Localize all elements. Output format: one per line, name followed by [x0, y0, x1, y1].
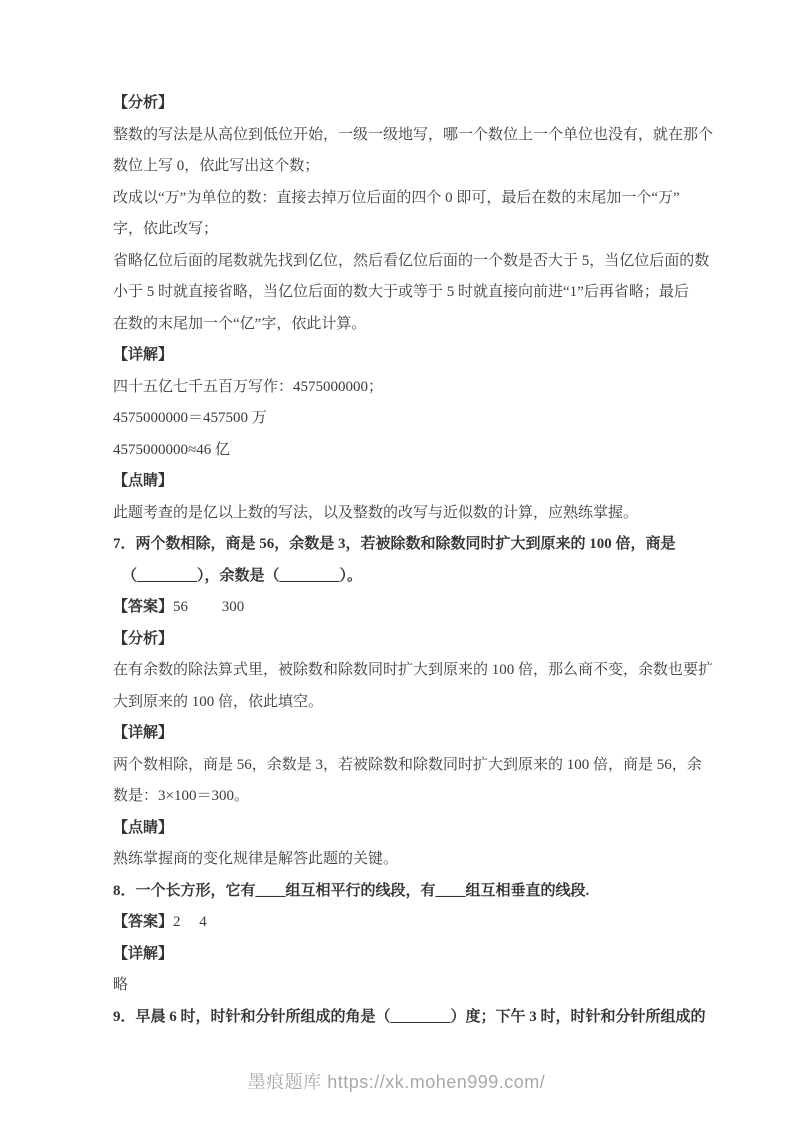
- section-label-tips-q7: 【点睛】: [113, 813, 753, 845]
- section-label-analysis-q7: 【分析】: [113, 624, 753, 656]
- text-run-bold: 7．两个数相除，商是 56，余数是 3，若被除数和除数同时扩大到原来的 100 …: [113, 536, 676, 552]
- text-run: 改成以“万”为单位的数：直接去掉万位后面的四个 0 即可，最后在数的末尾加一个“…: [113, 190, 680, 206]
- text-run: 在有余数的除法算式里，被除数和除数同时扩大到原来的 100 倍，那么商不变，余数…: [113, 662, 713, 678]
- question-7-line-2: （________），余数是（________）。: [113, 561, 753, 593]
- text-run-bold: 【详解】: [113, 946, 173, 962]
- analysis-q7-line-2: 大到原来的 100 倍，依此填空。: [113, 687, 753, 719]
- detail-q8-line-1: 略: [113, 970, 753, 1002]
- text-run: 数位上写 0，依此写出这个数；: [113, 158, 319, 174]
- text-run: 整数的写法是从高位到低位开始，一级一级地写，哪一个数位上一个单位也没有，就在那个: [113, 127, 713, 143]
- text-run: 在数的末尾加一个“亿”字，依此计算。: [113, 316, 366, 332]
- analysis-q6-line-2: 数位上写 0，依此写出这个数；: [113, 151, 753, 183]
- text-run: 4575000000＝457500 万: [113, 410, 267, 426]
- section-label-detail-q6: 【详解】: [113, 340, 753, 372]
- document-page: 【分析】整数的写法是从高位到低位开始，一级一级地写，哪一个数位上一个单位也没有，…: [0, 0, 793, 1122]
- section-label-tips-q6: 【点睛】: [113, 466, 753, 498]
- text-run-bold: 【点睛】: [113, 473, 173, 489]
- text-run: 四十五亿七千五百万写作：4575000000；: [113, 379, 383, 395]
- text-run-bold: 【分析】: [113, 95, 173, 111]
- text-run: 大到原来的 100 倍，依此填空。: [113, 694, 323, 710]
- answer-q8: 【答案】2 4: [113, 907, 753, 939]
- answer-q7: 【答案】56 300: [113, 592, 753, 624]
- text-run: 56 300: [173, 599, 244, 615]
- section-label-analysis-q6: 【分析】: [113, 88, 753, 120]
- text-run: 两个数相除，商是 56，余数是 3，若被除数和除数同时扩大到原来的 100 倍，…: [113, 757, 702, 773]
- analysis-q6-line-5: 省略亿位后面的尾数就先找到亿位，然后看亿位后面的一个数是否大于 5，当亿位后面的…: [113, 246, 753, 278]
- text-run-bold: 【分析】: [113, 631, 173, 647]
- analysis-q6-line-4: 字，依此改写；: [113, 214, 753, 246]
- detail-q7-line-1: 两个数相除，商是 56，余数是 3，若被除数和除数同时扩大到原来的 100 倍，…: [113, 750, 753, 782]
- analysis-q6-line-1: 整数的写法是从高位到低位开始，一级一级地写，哪一个数位上一个单位也没有，就在那个: [113, 120, 753, 152]
- analysis-q6-line-7: 在数的末尾加一个“亿”字，依此计算。: [113, 309, 753, 341]
- text-run: 字，依此改写；: [113, 221, 218, 237]
- text-run-bold: （________），余数是（________）。: [122, 568, 362, 584]
- text-run-bold: 【详解】: [113, 725, 173, 741]
- text-run-bold: 【点睛】: [113, 820, 173, 836]
- tips-q7-line-1: 熟练掌握商的变化规律是解答此题的关键。: [113, 844, 753, 876]
- detail-q6-line-3: 4575000000≈46 亿: [113, 435, 753, 467]
- text-run-bold: 9．早晨 6 时，时针和分针所组成的角是（________）度；下午 3 时，时…: [113, 1009, 706, 1025]
- section-label-detail-q7: 【详解】: [113, 718, 753, 750]
- text-run: 数是：3×100＝300。: [113, 788, 249, 804]
- watermark-site-name: 墨痕题库: [248, 1072, 322, 1092]
- question-7-line-1: 7．两个数相除，商是 56，余数是 3，若被除数和除数同时扩大到原来的 100 …: [113, 529, 753, 561]
- analysis-q7-line-1: 在有余数的除法算式里，被除数和除数同时扩大到原来的 100 倍，那么商不变，余数…: [113, 655, 753, 687]
- question-8-line-1: 8．一个长方形，它有____组互相平行的线段，有____组互相垂直的线段.: [113, 876, 753, 908]
- document-body: 【分析】整数的写法是从高位到低位开始，一级一级地写，哪一个数位上一个单位也没有，…: [0, 88, 793, 1033]
- text-run: 小于 5 时就直接省略，当亿位后面的数大于或等于 5 时就直接向前进“1”后再省…: [113, 284, 689, 300]
- detail-q7-line-2: 数是：3×100＝300。: [113, 781, 753, 813]
- text-run-bold: 8．一个长方形，它有____组互相平行的线段，有____组互相垂直的线段.: [113, 883, 589, 899]
- question-9-line-1: 9．早晨 6 时，时针和分针所组成的角是（________）度；下午 3 时，时…: [113, 1002, 753, 1034]
- section-label-detail-q8: 【详解】: [113, 939, 753, 971]
- tips-q6-line-1: 此题考查的是亿以上数的写法，以及整数的改写与近似数的计算，应熟练掌握。: [113, 498, 753, 530]
- watermark-url: https://xk.mohen999.com/: [327, 1072, 545, 1092]
- text-run-bold: 【答案】: [113, 914, 173, 930]
- text-run: 此题考查的是亿以上数的写法，以及整数的改写与近似数的计算，应熟练掌握。: [113, 505, 638, 521]
- text-run: 熟练掌握商的变化规律是解答此题的关键。: [113, 851, 398, 867]
- analysis-q6-line-3: 改成以“万”为单位的数：直接去掉万位后面的四个 0 即可，最后在数的末尾加一个“…: [113, 183, 753, 215]
- analysis-q6-line-6: 小于 5 时就直接省略，当亿位后面的数大于或等于 5 时就直接向前进“1”后再省…: [113, 277, 753, 309]
- detail-q6-line-1: 四十五亿七千五百万写作：4575000000；: [113, 372, 753, 404]
- detail-q6-line-2: 4575000000＝457500 万: [113, 403, 753, 435]
- watermark-footer: 墨痕题库 https://xk.mohen999.com/: [0, 1068, 793, 1094]
- text-run: 省略亿位后面的尾数就先找到亿位，然后看亿位后面的一个数是否大于 5，当亿位后面的…: [113, 253, 709, 269]
- text-run: 略: [113, 977, 128, 993]
- text-run: 4575000000≈46 亿: [113, 442, 230, 458]
- text-run-bold: 【详解】: [113, 347, 173, 363]
- text-run-bold: 【答案】: [113, 599, 173, 615]
- text-run: 2 4: [173, 914, 207, 930]
